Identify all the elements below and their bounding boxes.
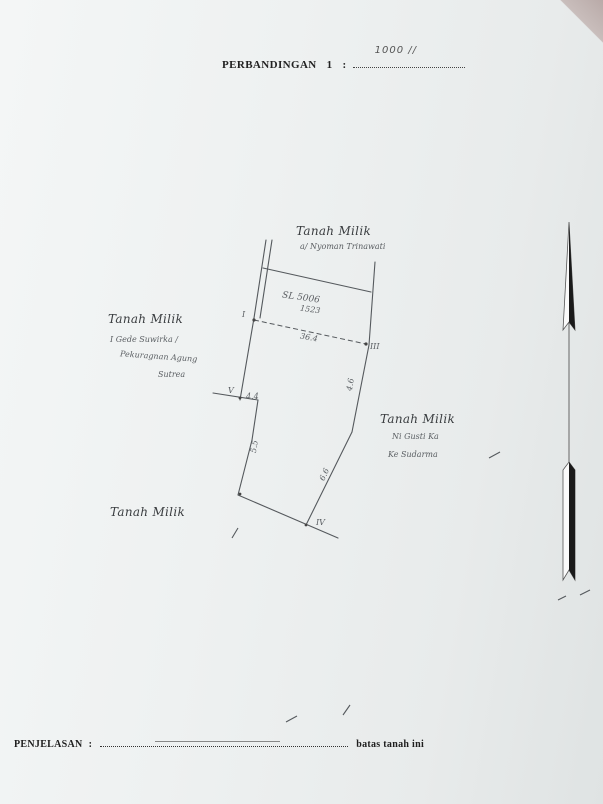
- north-arrow-icon: [563, 222, 575, 580]
- corner-label-v: V: [228, 386, 234, 395]
- west-upper-boundary: [240, 318, 254, 400]
- top-strip-line: [263, 268, 371, 292]
- footer-colon: :: [89, 739, 93, 750]
- neighbor-east-title: Tanah Milik: [380, 412, 455, 426]
- neighbor-south-title: Tanah Milik: [110, 505, 185, 519]
- neighbor-north-title: Tanah Milik: [296, 224, 371, 238]
- footer-legend: PENJELASAN : batas tanah ini: [14, 738, 424, 750]
- north-boundary-line-inner: [260, 240, 272, 318]
- south-boundary: [238, 495, 338, 538]
- neighbor-north-detail: a/ Nyoman Trinawati: [300, 242, 385, 251]
- footer-legend-text: batas tanah ini: [356, 739, 424, 750]
- west-step-line: [252, 400, 258, 440]
- neighbor-east-line2: Ke Sudarma: [388, 450, 438, 459]
- neighbor-west-line3: Sutrea: [158, 370, 185, 379]
- neighbor-east-line1: Ni Gusti Ka: [392, 432, 439, 441]
- east-upper-line: [369, 262, 375, 345]
- neighbor-west-title: Tanah Milik: [108, 312, 183, 326]
- corner-label-iv: IV: [316, 518, 325, 527]
- east-lower-boundary: [306, 432, 352, 525]
- parcel-sketch: [0, 0, 603, 804]
- edge-label-44: 4.4: [246, 392, 259, 401]
- footer-label: PENJELASAN: [14, 739, 83, 750]
- legend-line-sample: [100, 738, 348, 747]
- neighbor-west-line1: I Gede Suwirka /: [110, 335, 178, 344]
- east-mid-boundary: [352, 345, 369, 432]
- corner-label-iii: III: [370, 342, 379, 351]
- north-boundary-line-outer: [254, 240, 266, 318]
- corner-label-i: I: [242, 310, 245, 319]
- survey-document-page: PERBANDINGAN 1 : 1000 //: [0, 0, 603, 804]
